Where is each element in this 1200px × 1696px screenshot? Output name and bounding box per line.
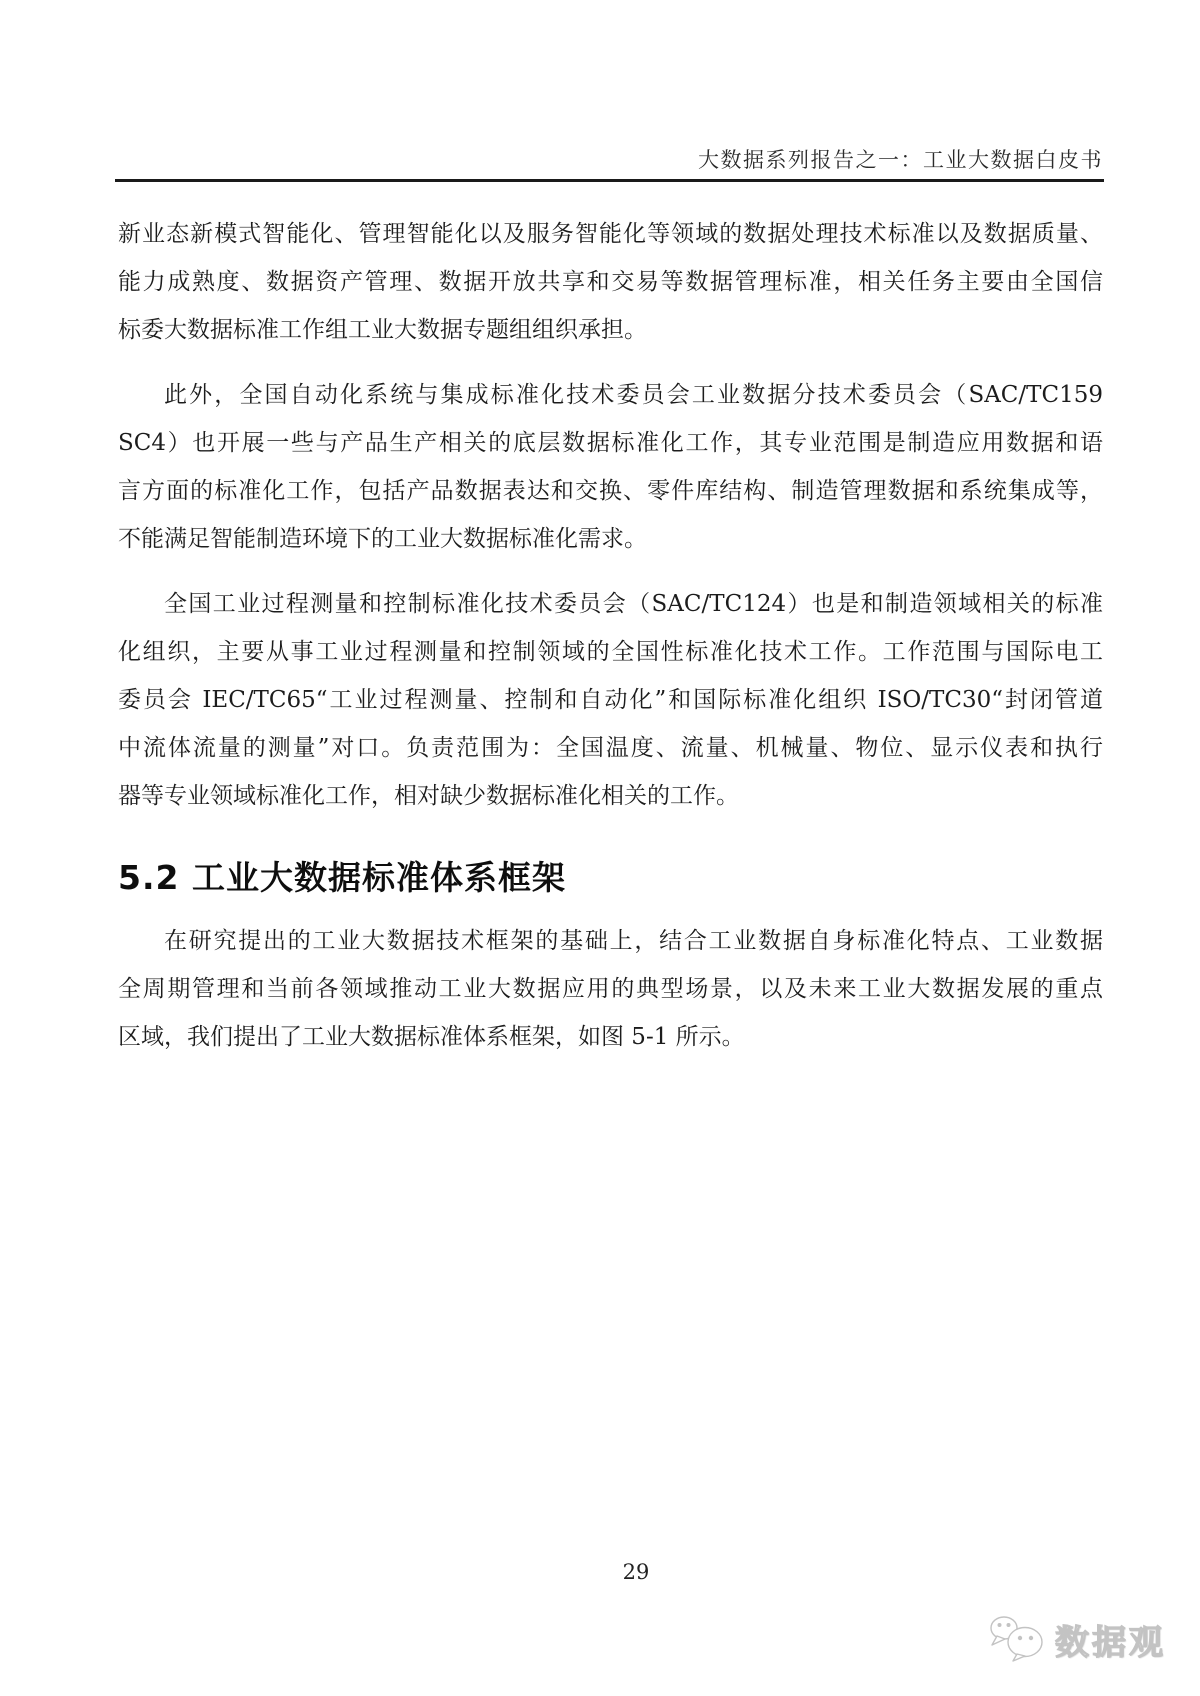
page-body: 新业态新模式智能化、管理智能化以及服务智能化等领域的数据处理技术标准以及数据质量… <box>118 210 1103 1061</box>
text-line: 委员会 IEC/TC65“工业过程测量、控制和自动化”和国际标准化组织 ISO/… <box>118 676 1103 724</box>
text-line: 言方面的标准化工作，包括产品数据表达和交换、零件库结构、制造管理数据和系统集成等… <box>118 467 1103 515</box>
header-divider <box>115 179 1104 182</box>
page-number: 29 <box>623 1560 650 1584</box>
text-line: 能力成熟度、数据资产管理、数据开放共享和交易等数据管理标准，相关任务主要由全国信 <box>118 258 1103 306</box>
paragraph-2: 此外，全国自动化系统与集成标准化技术委员会工业数据分技术委员会（SAC/TC15… <box>118 371 1103 563</box>
paragraph-3: 全国工业过程测量和控制标准化技术委员会（SAC/TC124）也是和制造领域相关的… <box>118 580 1103 820</box>
paragraph-4: 在研究提出的工业大数据技术框架的基础上，结合工业数据自身标准化特点、工业数据 全… <box>118 917 1103 1061</box>
watermark: 数据观 <box>987 1614 1166 1664</box>
wechat-chat-bubbles-icon <box>987 1614 1047 1664</box>
text-line: 新业态新模式智能化、管理智能化以及服务智能化等领域的数据处理技术标准以及数据质量… <box>118 210 1103 258</box>
text-line: 区域，我们提出了工业大数据标准体系框架，如图 5-1 所示。 <box>118 1013 1103 1061</box>
text-line: 此外，全国自动化系统与集成标准化技术委员会工业数据分技术委员会（SAC/TC15… <box>118 371 1103 419</box>
text-line: 在研究提出的工业大数据技术框架的基础上，结合工业数据自身标准化特点、工业数据 <box>118 917 1103 965</box>
text-line: 中流体流量的测量”对口。负责范围为：全国温度、流量、机械量、物位、显示仪表和执行 <box>118 724 1103 772</box>
document-page: 大数据系列报告之一：工业大数据白皮书 新业态新模式智能化、管理智能化以及服务智能… <box>0 0 1200 1696</box>
text-line: 全周期管理和当前各领域推动工业大数据应用的典型场景，以及未来工业大数据发展的重点 <box>118 965 1103 1013</box>
running-header-title: 大数据系列报告之一：工业大数据白皮书 <box>698 144 1103 174</box>
text-line: 器等专业领域标准化工作，相对缺少数据标准化相关的工作。 <box>118 772 1103 820</box>
text-line: 全国工业过程测量和控制标准化技术委员会（SAC/TC124）也是和制造领域相关的… <box>118 580 1103 628</box>
watermark-text: 数据观 <box>1055 1615 1166 1664</box>
text-line: 化组织，主要从事工业过程测量和控制领域的全国性标准化技术工作。工作范围与国际电工 <box>118 628 1103 676</box>
paragraph-1: 新业态新模式智能化、管理智能化以及服务智能化等领域的数据处理技术标准以及数据质量… <box>118 210 1103 354</box>
section-heading-5-2: 5.2 工业大数据标准体系框架 <box>118 853 1103 903</box>
text-line: SC4）也开展一些与产品生产相关的底层数据标准化工作，其专业范围是制造应用数据和… <box>118 419 1103 467</box>
text-line: 标委大数据标准工作组工业大数据专题组组织承担。 <box>118 306 1103 354</box>
text-line: 不能满足智能制造环境下的工业大数据标准化需求。 <box>118 515 1103 563</box>
